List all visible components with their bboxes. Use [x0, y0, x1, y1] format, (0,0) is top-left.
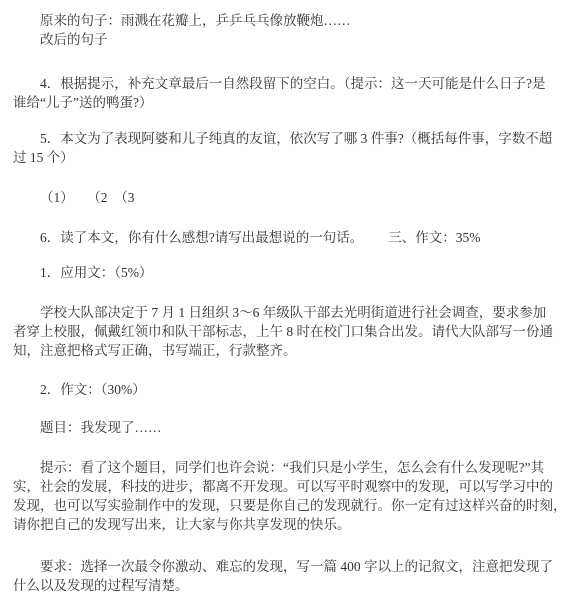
question-5-line-2: 过 15 个）: [13, 148, 557, 167]
notice-task-line-3: 知，注意把格式写正确，书写端正，行款整齐。: [13, 341, 557, 360]
requirement-line-1: 要求：选择一次最令你激动、难忘的发现，写一篇 400 字以上的记叙文，注意把发现…: [13, 557, 557, 576]
hint-line-3: 发现，也可以写实验制作中的发现，只要是你自己的发现就行。你一定有过这样兴奋的时刻…: [13, 496, 557, 515]
notice-task-line-1: 学校大队部决定于 7 月 1 日组织 3～6 年级队干部去光明街道进行社会调查，…: [13, 303, 557, 322]
notice-task-line-2: 者穿上校服，佩戴红领巾和队干部标志，上午 8 时在校门口集合出发。请代大队部写一…: [13, 322, 557, 341]
original-sentence-line: 原来的句子：雨溅在花瓣上，乒乒乓乓像放鞭炮……: [13, 11, 557, 30]
hint-line-1: 提示：看了这个题目，同学们也许会说：“我们只是小学生，怎么会有什么发现呢?”其: [13, 458, 557, 477]
hint-line-4: 请你把自己的发现写出来，让大家与你共享发现的快乐。: [13, 515, 557, 534]
question-4-line-1: 4．根据提示，补充文章最后一自然段留下的空白。（提示：这一天可能是什么日子?是: [13, 74, 557, 93]
requirement-line-2: 什么以及发现的过程写清楚。: [13, 576, 557, 595]
question-4-line-2: 谁给“儿子”送的鸭蛋?）: [13, 93, 557, 112]
item-1-applied-writing-heading: 1．应用文：（5%）: [13, 263, 557, 282]
exam-document-page: 原来的句子：雨溅在花瓣上，乒乒乓乓像放鞭炮…… 改后的句子 4．根据提示，补充文…: [0, 0, 575, 604]
hint-line-2: 实，社会的发展，科技的进步，都离不开发现。可以写平时观察中的发现，可以写学习中的: [13, 477, 557, 496]
question-6-line: 6．读了本文，你有什么感想?请写出最想说的一句话。三、作文：35%: [13, 228, 557, 247]
revised-sentence-line: 改后的句子: [13, 30, 557, 49]
section-3-heading: 三、作文：35%: [388, 230, 480, 245]
question-5-answer-blanks: （1） （2 （3: [13, 188, 557, 207]
composition-title-line: 题目：我发现了……: [13, 418, 557, 437]
item-2-composition-heading: 2．作文：（30%）: [13, 380, 557, 399]
question-6-text: 6．读了本文，你有什么感想?请写出最想说的一句话。: [40, 230, 363, 245]
question-5-line-1: 5．本文为了表现阿婆和儿子纯真的友谊，依次写了哪 3 件事?（概括每件事，字数不…: [13, 129, 557, 148]
